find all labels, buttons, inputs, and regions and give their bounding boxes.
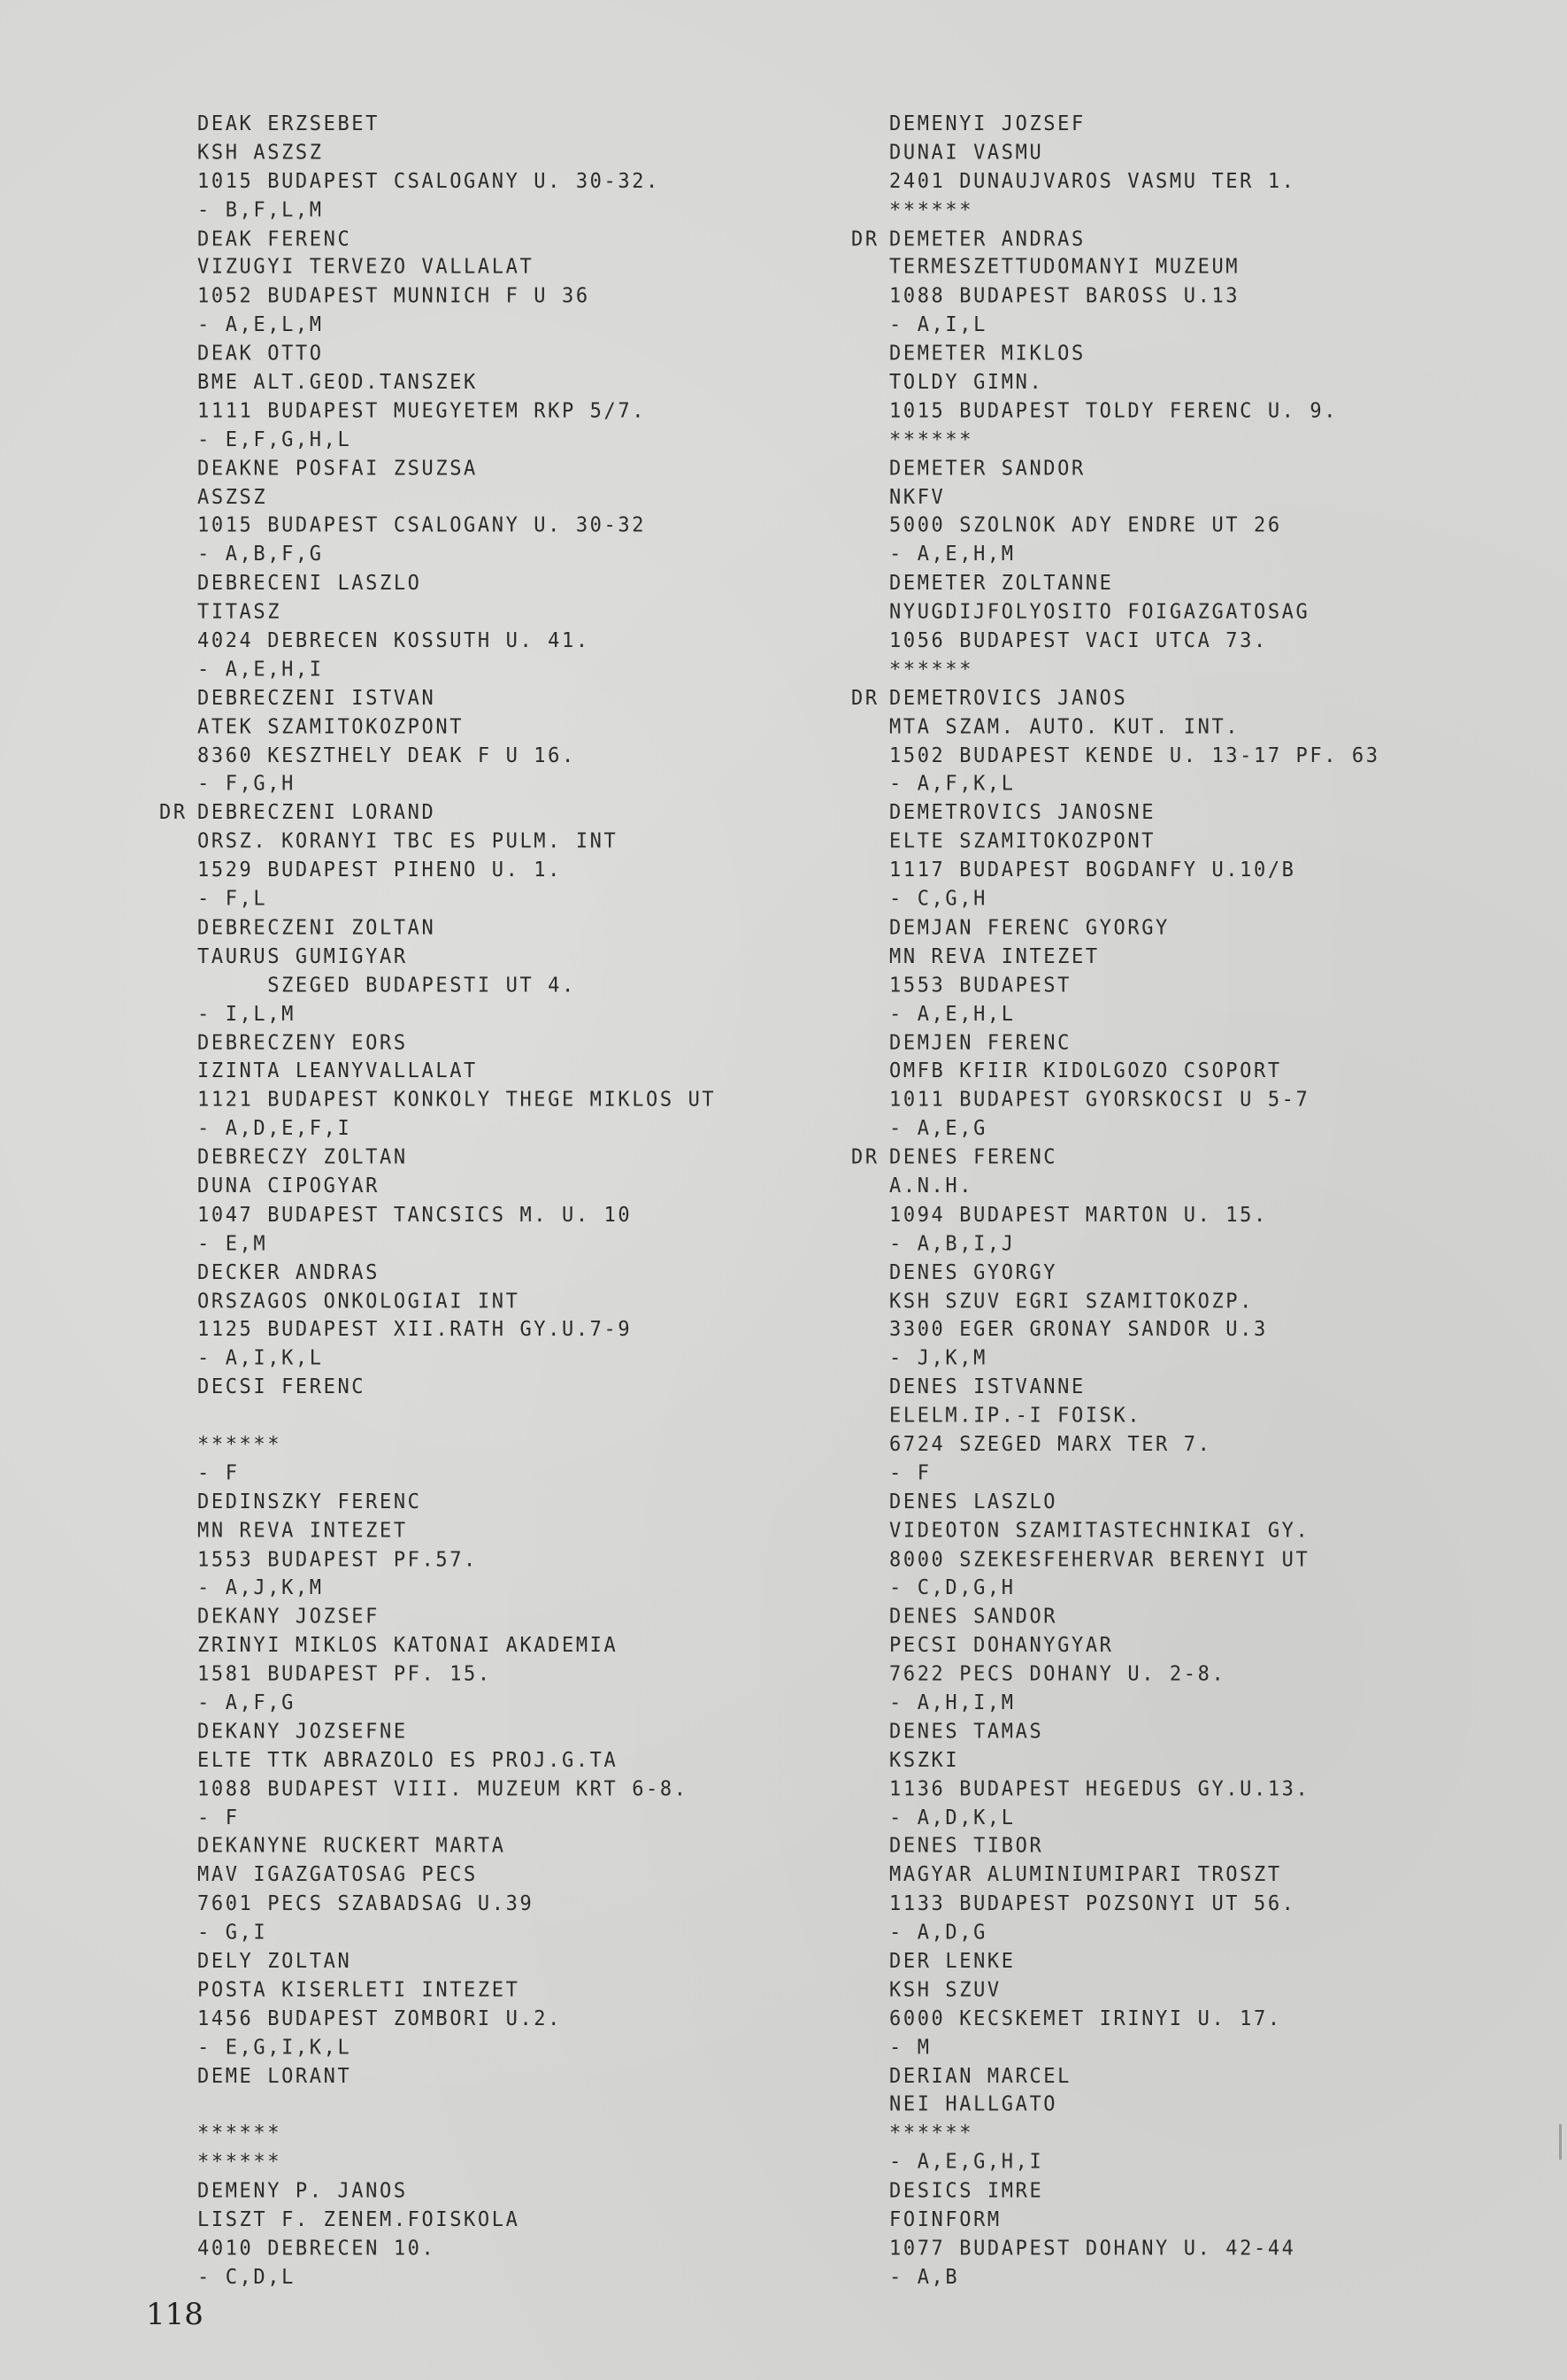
line-text: 7622 PECS DOHANY U. 2-8.	[889, 1663, 1225, 1686]
line-text: ******	[889, 428, 973, 451]
line-text: - E,G,I,K,L	[197, 2036, 351, 2059]
address-line: 4010 DEBRECEN 10.	[159, 2235, 716, 2263]
right-column: DEMENYI JOZSEFDUNAI VASMU2401 DUNAUJVARO…	[851, 111, 1380, 2292]
line-text: - J,K,M	[889, 1347, 987, 1370]
line-text: - A,J,K,M	[197, 1576, 324, 1599]
line-text: - E,M	[197, 1232, 267, 1255]
line-text: 3300 EGER GRONAY SANDOR U.3	[889, 1318, 1268, 1341]
line-text: DESICS IMRE	[889, 2179, 1043, 2202]
line-text: DERIAN MARCEL	[889, 2065, 1072, 2088]
line-text: MAV IGAZGATOSAG PECS	[197, 1864, 478, 1887]
address-line: 1056 BUDAPEST VACI UTCA 73.	[851, 628, 1380, 656]
line-text: 4024 DEBRECEN KOSSUTH U. 41.	[197, 629, 590, 652]
directory-line: PECSI DOHANYGYAR	[851, 1632, 1380, 1660]
directory-line: KSH SZUV	[851, 1976, 1380, 2005]
line-text: DENES TIBOR	[889, 1835, 1043, 1858]
line-text: - A,B	[889, 2266, 959, 2289]
line-text: DELY ZOLTAN	[197, 1950, 351, 1973]
directory-line: DEMENY P. JANOS	[159, 2177, 716, 2206]
masked-entry: ******	[851, 2120, 1380, 2148]
line-text: DECSI FERENC	[197, 1375, 365, 1398]
directory-line: DEDINSZKY FERENC	[159, 1489, 716, 1517]
address-line: 1553 BUDAPEST PF.57.	[159, 1546, 716, 1575]
category-codes: - A,H,I,M	[851, 1690, 1380, 1718]
masked-entry: ******	[159, 1431, 716, 1460]
line-text: 5000 SZOLNOK ADY ENDRE UT 26	[889, 514, 1282, 537]
line-text: DEMETER SANDOR	[889, 457, 1086, 480]
title-prefix: DR	[851, 226, 889, 254]
line-text: 1011 BUDAPEST GYORSKOCSI U 5-7	[889, 1089, 1310, 1112]
line-text: - A,I,L	[889, 313, 987, 336]
masked-entry: ******	[159, 2120, 716, 2148]
line-text: DEMJAN FERENC GYORGY	[889, 916, 1170, 939]
line-text: - C,D,L	[197, 2266, 296, 2289]
line-text: 1094 BUDAPEST MARTON U. 15.	[889, 1204, 1268, 1227]
line-text: DEAK ERZSEBET	[197, 112, 380, 135]
line-text: - A,D,G	[889, 1922, 987, 1945]
line-text: DENES TAMAS	[889, 1720, 1043, 1743]
address-line: 1015 BUDAPEST CSALOGANY U. 30-32	[159, 512, 716, 541]
line-text: - A,H,I,M	[889, 1691, 1016, 1714]
line-text: DENES SANDOR	[889, 1606, 1057, 1629]
directory-line: TAURUS GUMIGYAR	[159, 944, 716, 972]
line-text: ******	[197, 1433, 281, 1456]
category-codes: - A,I,L	[851, 312, 1380, 340]
address-line: 1553 BUDAPEST	[851, 972, 1380, 1000]
address-line: 2401 DUNAUJVAROS VASMU TER 1.	[851, 168, 1380, 196]
line-text: DEMJEN FERENC	[889, 1031, 1072, 1054]
line-text: 1125 BUDAPEST XII.RATH GY.U.7-9	[197, 1318, 632, 1341]
directory-line: DESICS IMRE	[851, 2177, 1380, 2206]
line-text: 1088 BUDAPEST VIII. MUZEUM KRT 6-8.	[197, 1777, 688, 1800]
address-line: 1136 BUDAPEST HEGEDUS GY.U.13.	[851, 1775, 1380, 1804]
directory-line: DER LENKE	[851, 1948, 1380, 1976]
directory-line: DEBRECZENI ISTVAN	[159, 685, 716, 713]
line-text: 1502 BUDAPEST KENDE U. 13-17 PF. 63	[889, 744, 1380, 767]
directory-line: IZINTA LEANYVALLALAT	[159, 1058, 716, 1086]
directory-line: DUNAI VASMU	[851, 139, 1380, 167]
line-text: DEMETER MIKLOS	[889, 343, 1086, 366]
line-text: - G,I	[197, 1922, 267, 1945]
directory-line: DRDENES FERENC	[851, 1144, 1380, 1173]
directory-line: DEMETROVICS JANOSNE	[851, 799, 1380, 828]
line-text: NEI HALLGATO	[889, 2093, 1057, 2116]
line-text: 7601 PECS SZABADSAG U.39	[197, 1892, 534, 1915]
category-codes: - C,G,H	[851, 886, 1380, 914]
line-text: KSZKI	[889, 1749, 959, 1772]
directory-line: ASZSZ	[159, 484, 716, 512]
directory-line: NEI HALLGATO	[851, 2091, 1380, 2120]
category-codes: - E,F,G,H,L	[159, 427, 716, 455]
line-text: DEMENY P. JANOS	[197, 2179, 408, 2202]
line-text: DENES GYORGY	[889, 1261, 1057, 1284]
line-text: VIZUGYI TERVEZO VALLALAT	[197, 256, 534, 279]
address-line: 1015 BUDAPEST CSALOGANY U. 30-32.	[159, 168, 716, 196]
directory-line: DERIAN MARCEL	[851, 2063, 1380, 2091]
line-text: MN REVA INTEZET	[197, 1519, 408, 1542]
category-codes: - F	[159, 1460, 716, 1488]
line-text: 1052 BUDAPEST MUNNICH F U 36	[197, 285, 590, 308]
line-text: NKFV	[889, 486, 945, 509]
line-text: DUNAI VASMU	[889, 142, 1043, 165]
directory-line: DEBRECZY ZOLTAN	[159, 1144, 716, 1173]
title-prefix: DR	[159, 799, 197, 828]
directory-line: MAV IGAZGATOSAG PECS	[159, 1862, 716, 1891]
address-line: 7622 PECS DOHANY U. 2-8.	[851, 1660, 1380, 1689]
directory-line: FOINFORM	[851, 2207, 1380, 2235]
directory-line: VIDEOTON SZAMITASTECHNIKAI GY.	[851, 1517, 1380, 1545]
category-codes: - A,B,F,G	[159, 542, 716, 570]
line-text: - F,G,H	[197, 773, 296, 796]
directory-line: TITASZ	[159, 598, 716, 627]
line-text: 6000 KECSKEMET IRINYI U. 17.	[889, 2007, 1282, 2030]
masked-entry: ******	[851, 427, 1380, 455]
category-codes: - A,B,I,J	[851, 1230, 1380, 1259]
directory-line: ORSZAGOS ONKOLOGIAI INT	[159, 1288, 716, 1316]
directory-line: DEAK ERZSEBET	[159, 111, 716, 139]
line-text: LISZT F. ZENEM.FOISKOLA	[197, 2208, 519, 2231]
directory-line: BME ALT.GEOD.TANSZEK	[159, 369, 716, 397]
line-text: KSH SZUV EGRI SZAMITOKOZP.	[889, 1290, 1254, 1313]
address-line: 1121 BUDAPEST KONKOLY THEGE MIKLOS UT	[159, 1087, 716, 1115]
address-line: 1094 BUDAPEST MARTON U. 15.	[851, 1202, 1380, 1230]
line-text: DEKANY JOZSEF	[197, 1606, 380, 1629]
line-text: - F	[197, 1806, 240, 1829]
line-text: ELTE TTK ABRAZOLO ES PROJ.G.TA	[197, 1749, 618, 1772]
address-line: 1011 BUDAPEST GYORSKOCSI U 5-7	[851, 1087, 1380, 1115]
address-line: 1077 BUDAPEST DOHANY U. 42-44	[851, 2235, 1380, 2263]
directory-line: ATEK SZAMITOKOZPONT	[159, 713, 716, 742]
line-text: 1133 BUDAPEST POZSONYI UT 56.	[889, 1892, 1296, 1915]
address-line: 3300 EGER GRONAY SANDOR U.3	[851, 1316, 1380, 1344]
line-text: DEAK OTTO	[197, 343, 324, 366]
line-text: OMFB KFIIR KIDOLGOZO CSOPORT	[889, 1059, 1282, 1082]
address-line: 7601 PECS SZABADSAG U.39	[159, 1891, 716, 1919]
line-text: DENES LASZLO	[889, 1490, 1057, 1513]
category-codes: - A,E,H,M	[851, 542, 1380, 570]
directory-line: ELELM.IP.-I FOISK.	[851, 1403, 1380, 1431]
directory-line: NYUGDIJFOLYOSITO FOIGAZGATOSAG	[851, 598, 1380, 627]
line-text: DENES ISTVANNE	[889, 1375, 1086, 1398]
category-codes: - E,M	[159, 1230, 716, 1259]
directory-line: DEBRECENI LASZLO	[159, 570, 716, 598]
line-text: ******	[197, 2122, 281, 2145]
line-text: MTA SZAM. AUTO. KUT. INT.	[889, 715, 1240, 738]
line-text: - A,F,G	[197, 1691, 296, 1714]
line-text: - C,D,G,H	[889, 1576, 1016, 1599]
line-text: KSH ASZSZ	[197, 142, 324, 165]
line-text: 2401 DUNAUJVAROS VASMU TER 1.	[889, 170, 1296, 193]
directory-line: DRDEMETROVICS JANOS	[851, 685, 1380, 713]
line-text: DUNA CIPOGYAR	[197, 1175, 380, 1198]
category-codes: - B,F,L,M	[159, 196, 716, 225]
line-text: DEBRECENI LASZLO	[197, 572, 422, 595]
line-text: - A,D,K,L	[889, 1806, 1016, 1829]
address-line: 1015 BUDAPEST TOLDY FERENC U. 9.	[851, 397, 1380, 426]
line-text: - F,L	[197, 888, 267, 911]
line-text: ELTE SZAMITOKOZPONT	[889, 830, 1156, 853]
line-text: VIDEOTON SZAMITASTECHNIKAI GY.	[889, 1519, 1310, 1542]
line-text: ******	[889, 198, 973, 221]
category-codes: - A,I,K,L	[159, 1345, 716, 1374]
address-line: 1088 BUDAPEST BAROSS U.13	[851, 283, 1380, 312]
directory-line: KSZKI	[851, 1747, 1380, 1775]
line-text: ELELM.IP.-I FOISK.	[889, 1405, 1141, 1428]
category-codes: - I,L,M	[159, 1000, 716, 1028]
category-codes: - A,J,K,M	[159, 1575, 716, 1603]
line-text: 1077 BUDAPEST DOHANY U. 42-44	[889, 2237, 1296, 2260]
line-text: - A,B,F,G	[197, 543, 324, 566]
line-text: BME ALT.GEOD.TANSZEK	[197, 371, 478, 394]
address-line: 4024 DEBRECEN KOSSUTH U. 41.	[159, 628, 716, 656]
line-text: DEMETER ANDRAS	[889, 227, 1086, 250]
line-text: DER LENKE	[889, 1950, 1016, 1973]
directory-line: MAGYAR ALUMINIUMIPARI TROSZT	[851, 1862, 1380, 1891]
category-codes: - A,D,E,F,I	[159, 1115, 716, 1144]
line-text: 1456 BUDAPEST ZOMBORI U.2.	[197, 2007, 562, 2030]
line-text: 6724 SZEGED MARX TER 7.	[889, 1433, 1211, 1456]
address-line: 1047 BUDAPEST TANCSICS M. U. 10	[159, 1202, 716, 1230]
category-codes: - A,E,G	[851, 1115, 1380, 1144]
address-line: 6724 SZEGED MARX TER 7.	[851, 1431, 1380, 1460]
line-text: - A,E,L,M	[197, 313, 324, 336]
directory-line: MTA SZAM. AUTO. KUT. INT.	[851, 713, 1380, 742]
line-text: - A,E,H,I	[197, 658, 324, 681]
directory-line: DEMETER SANDOR	[851, 455, 1380, 483]
blank-line	[159, 1403, 716, 1431]
title-prefix: DR	[851, 685, 889, 713]
line-text: ******	[889, 658, 973, 681]
directory-line: OMFB KFIIR KIDOLGOZO CSOPORT	[851, 1058, 1380, 1086]
category-codes: - J,K,M	[851, 1345, 1380, 1374]
address-line: 5000 SZOLNOK ADY ENDRE UT 26	[851, 512, 1380, 541]
category-codes: - M	[851, 2034, 1380, 2062]
line-text: DEAK FERENC	[197, 227, 351, 250]
directory-line: DEMETER MIKLOS	[851, 340, 1380, 368]
line-text: 8000 SZEKESFEHERVAR BERENYI UT	[889, 1548, 1310, 1571]
line-text: POSTA KISERLETI INTEZET	[197, 1978, 519, 2001]
line-text: PECSI DOHANYGYAR	[889, 1634, 1114, 1657]
directory-line: DEAK FERENC	[159, 226, 716, 254]
line-text: DEBRECZY ZOLTAN	[197, 1146, 408, 1169]
category-codes: - F,L	[159, 886, 716, 914]
line-text: DEBRECZENI ISTVAN	[197, 687, 435, 710]
directory-line: DECSI FERENC	[159, 1374, 716, 1402]
line-text: 1553 BUDAPEST	[889, 974, 1072, 997]
scan-edge-mark	[1559, 2124, 1562, 2160]
line-text: - B,F,L,M	[197, 198, 324, 221]
line-text: 8360 KESZTHELY DEAK F U 16.	[197, 744, 576, 767]
line-text: 1047 BUDAPEST TANCSICS M. U. 10	[197, 1204, 632, 1227]
directory-line: DRDEBRECZENI LORAND	[159, 799, 716, 828]
line-text: - A,I,K,L	[197, 1347, 324, 1370]
line-text: 1015 BUDAPEST CSALOGANY U. 30-32	[197, 514, 646, 537]
line-text: DEBRECZENI LORAND	[197, 802, 435, 825]
category-codes: - A,E,G,H,I	[851, 2149, 1380, 2177]
line-text: 1136 BUDAPEST HEGEDUS GY.U.13.	[889, 1777, 1310, 1800]
directory-line: DECKER ANDRAS	[159, 1259, 716, 1287]
title-prefix: DR	[851, 1144, 889, 1173]
directory-line: DENES GYORGY	[851, 1259, 1380, 1287]
line-text: DEKANYNE RUCKERT MARTA	[197, 1835, 506, 1858]
line-text: IZINTA LEANYVALLALAT	[197, 1059, 478, 1082]
line-text: MN REVA INTEZET	[889, 945, 1100, 968]
line-text: 1088 BUDAPEST BAROSS U.13	[889, 285, 1240, 308]
masked-entry: ******	[851, 196, 1380, 225]
line-text: ******	[197, 2151, 281, 2174]
line-text: KSH SZUV	[889, 1978, 1002, 2001]
page-number: 118	[146, 2297, 204, 2332]
left-column: DEAK ERZSEBETKSH ASZSZ1015 BUDAPEST CSAL…	[159, 111, 716, 2292]
line-text: - A,E,H,L	[889, 1003, 1016, 1026]
line-text: 1117 BUDAPEST BOGDANFY U.10/B	[889, 859, 1296, 882]
category-codes: - A,D,K,L	[851, 1805, 1380, 1833]
category-codes: - F	[159, 1805, 716, 1833]
directory-line: ORSZ. KORANYI TBC ES PULM. INT	[159, 828, 716, 857]
category-codes: - C,D,G,H	[851, 1575, 1380, 1603]
directory-line: DEAKNE POSFAI ZSUZSA	[159, 455, 716, 483]
line-text: SZEGED BUDAPESTI UT 4.	[197, 974, 576, 997]
line-text: DEAKNE POSFAI ZSUZSA	[197, 457, 478, 480]
line-text: TERMESZETTUDOMANYI MUZEUM	[889, 256, 1240, 279]
address-line: 1125 BUDAPEST XII.RATH GY.U.7-9	[159, 1316, 716, 1344]
directory-line: KSH SZUV EGRI SZAMITOKOZP.	[851, 1288, 1380, 1316]
directory-line: DEBRECZENY EORS	[159, 1029, 716, 1058]
address-line: 1052 BUDAPEST MUNNICH F U 36	[159, 283, 716, 312]
directory-line: DEME LORANT	[159, 2063, 716, 2091]
line-text: 1015 BUDAPEST TOLDY FERENC U. 9.	[889, 399, 1338, 422]
line-text: ATEK SZAMITOKOZPONT	[197, 715, 464, 738]
directory-line: DEKANY JOZSEF	[159, 1604, 716, 1632]
masked-entry: ******	[851, 656, 1380, 684]
category-codes: - A,E,L,M	[159, 312, 716, 340]
directory-line: DEMETER ZOLTANNE	[851, 570, 1380, 598]
directory-line: DEKANY JOZSEFNE	[159, 1718, 716, 1746]
line-text: 1121 BUDAPEST KONKOLY THEGE MIKLOS UT	[197, 1089, 716, 1112]
directory-line: DEMJAN FERENC GYORGY	[851, 914, 1380, 943]
line-text: - A,E,G,H,I	[889, 2151, 1043, 2174]
category-codes: - A,E,H,I	[159, 656, 716, 684]
line-text: TITASZ	[197, 600, 281, 623]
line-text: - F	[889, 1462, 932, 1485]
category-codes: - A,B	[851, 2264, 1380, 2292]
line-text: MAGYAR ALUMINIUMIPARI TROSZT	[889, 1864, 1282, 1887]
blank-line	[159, 2091, 716, 2120]
address-line: 1581 BUDAPEST PF. 15.	[159, 1660, 716, 1689]
line-text: DEBRECZENY EORS	[197, 1031, 408, 1054]
directory-line: DELY ZOLTAN	[159, 1948, 716, 1976]
line-text: - A,E,G	[889, 1117, 987, 1140]
directory-line: SZEGED BUDAPESTI UT 4.	[159, 972, 716, 1000]
directory-line: A.N.H.	[851, 1173, 1380, 1201]
address-line: 1088 BUDAPEST VIII. MUZEUM KRT 6-8.	[159, 1775, 716, 1804]
line-text: DEMETROVICS JANOS	[889, 687, 1127, 710]
line-text: DEMETROVICS JANOSNE	[889, 802, 1156, 825]
directory-line: NKFV	[851, 484, 1380, 512]
address-line: 1456 BUDAPEST ZOMBORI U.2.	[159, 2006, 716, 2034]
directory-line: DEKANYNE RUCKERT MARTA	[159, 1833, 716, 1861]
line-text: - E,F,G,H,L	[197, 428, 351, 451]
category-codes: - A,F,G	[159, 1690, 716, 1718]
directory-line: DENES SANDOR	[851, 1604, 1380, 1632]
directory-line: DENES ISTVANNE	[851, 1374, 1380, 1402]
line-text: ORSZAGOS ONKOLOGIAI INT	[197, 1290, 519, 1313]
address-line: 1529 BUDAPEST PIHENO U. 1.	[159, 857, 716, 885]
line-text: - F	[197, 1462, 240, 1485]
directory-line: DEAK OTTO	[159, 340, 716, 368]
line-text: ORSZ. KORANYI TBC ES PULM. INT	[197, 830, 618, 853]
directory-line: ELTE TTK ABRAZOLO ES PROJ.G.TA	[159, 1747, 716, 1775]
category-codes: - A,D,G	[851, 1919, 1380, 1947]
category-codes: - F	[851, 1460, 1380, 1488]
directory-line: TOLDY GIMN.	[851, 369, 1380, 397]
line-text: DEMENYI JOZSEF	[889, 112, 1086, 135]
category-codes: - A,E,H,L	[851, 1000, 1380, 1028]
address-line: 1133 BUDAPEST POZSONYI UT 56.	[851, 1891, 1380, 1919]
directory-line: DRDEMETER ANDRAS	[851, 226, 1380, 254]
line-text: NYUGDIJFOLYOSITO FOIGAZGATOSAG	[889, 600, 1310, 623]
line-text: 1015 BUDAPEST CSALOGANY U. 30-32.	[197, 170, 660, 193]
line-text: TOLDY GIMN.	[889, 371, 1043, 394]
line-text: DECKER ANDRAS	[197, 1261, 380, 1284]
line-text: FOINFORM	[889, 2208, 1002, 2231]
address-line: 8360 KESZTHELY DEAK F U 16.	[159, 743, 716, 771]
scanned-page: DEAK ERZSEBETKSH ASZSZ1015 BUDAPEST CSAL…	[0, 0, 1567, 2380]
line-text: 4010 DEBRECEN 10.	[197, 2237, 435, 2260]
line-text: ASZSZ	[197, 486, 267, 509]
line-text: DEDINSZKY FERENC	[197, 1490, 422, 1513]
line-text: DENES FERENC	[889, 1146, 1057, 1169]
directory-line: DENES TIBOR	[851, 1833, 1380, 1861]
line-text: 1111 BUDAPEST MUEGYETEM RKP 5/7.	[197, 399, 646, 422]
directory-line: MN REVA INTEZET	[159, 1517, 716, 1545]
category-codes: - F,G,H	[159, 771, 716, 799]
directory-line: ELTE SZAMITOKOZPONT	[851, 828, 1380, 857]
directory-line: VIZUGYI TERVEZO VALLALAT	[159, 254, 716, 282]
address-line: 8000 SZEKESFEHERVAR BERENYI UT	[851, 1546, 1380, 1575]
directory-line: ZRINYI MIKLOS KATONAI AKADEMIA	[159, 1632, 716, 1660]
directory-line: LISZT F. ZENEM.FOISKOLA	[159, 2207, 716, 2235]
address-line: 1117 BUDAPEST BOGDANFY U.10/B	[851, 857, 1380, 885]
line-text: - C,G,H	[889, 888, 987, 911]
category-codes: - E,G,I,K,L	[159, 2034, 716, 2062]
directory-line: POSTA KISERLETI INTEZET	[159, 1976, 716, 2005]
line-text: 1529 BUDAPEST PIHENO U. 1.	[197, 859, 562, 882]
line-text: - M	[889, 2036, 932, 2059]
address-line: 6000 KECSKEMET IRINYI U. 17.	[851, 2006, 1380, 2034]
directory-line: DENES LASZLO	[851, 1489, 1380, 1517]
directory-line: KSH ASZSZ	[159, 139, 716, 167]
line-text: 1581 BUDAPEST PF. 15.	[197, 1663, 492, 1686]
directory-line: DUNA CIPOGYAR	[159, 1173, 716, 1201]
category-codes: - C,D,L	[159, 2264, 716, 2292]
masked-entry: ******	[159, 2149, 716, 2177]
line-text: DEBRECZENI ZOLTAN	[197, 916, 435, 939]
line-text: 1056 BUDAPEST VACI UTCA 73.	[889, 629, 1268, 652]
category-codes: - A,F,K,L	[851, 771, 1380, 799]
line-text: - A,F,K,L	[889, 773, 1016, 796]
directory-line: DEMJEN FERENC	[851, 1029, 1380, 1058]
directory-line: MN REVA INTEZET	[851, 944, 1380, 972]
line-text: - A,D,E,F,I	[197, 1117, 351, 1140]
line-text: - I,L,M	[197, 1003, 296, 1026]
directory-line: DENES TAMAS	[851, 1718, 1380, 1746]
line-text: ZRINYI MIKLOS KATONAI AKADEMIA	[197, 1634, 618, 1657]
directory-line: TERMESZETTUDOMANYI MUZEUM	[851, 254, 1380, 282]
line-text: TAURUS GUMIGYAR	[197, 945, 408, 968]
line-text: A.N.H.	[889, 1175, 973, 1198]
address-line: 1111 BUDAPEST MUEGYETEM RKP 5/7.	[159, 397, 716, 426]
